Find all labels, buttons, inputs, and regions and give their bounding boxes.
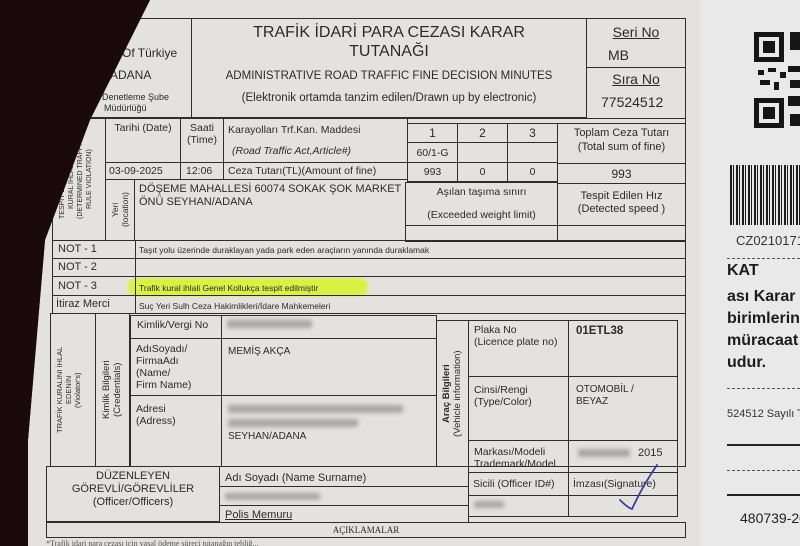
divider xyxy=(727,444,800,446)
amount-value: 993 xyxy=(407,166,458,178)
objection-text: Suç Yeri Sulh Ceza Hakimlikleri/İdare Ma… xyxy=(139,301,330,311)
total-label: Toplam Ceza Tutarı xyxy=(557,127,686,139)
type-value: OTOMOBİL /BEYAZ xyxy=(576,384,634,408)
amount-value: 0 xyxy=(457,166,508,178)
redacted-address xyxy=(228,405,403,413)
barcode xyxy=(730,165,800,225)
note-text: Trafik kural ihlali Genel Kollukça tespi… xyxy=(139,283,318,293)
receipt-line: birimlerin xyxy=(727,310,800,328)
date-value: 03-09-2025 xyxy=(109,165,163,177)
redacted-address xyxy=(228,419,358,427)
redacted-model xyxy=(578,449,630,457)
violator-side-label: TRAFİK KURALINI İHLALEDENİN(Violator's) xyxy=(55,318,82,462)
divider xyxy=(727,388,800,389)
note-label: NOT - 3 xyxy=(58,280,97,292)
location-value: DÖŞEME MAHALLESİ 60074 SOKAK ŞOK MARKET xyxy=(139,183,401,195)
name-label: AdıSoyadı/FirmaAdı(Name/Firm Name) xyxy=(136,343,191,391)
vehicle-side-label: Araç Bilgileri(Vehicle information) xyxy=(441,324,463,463)
officer-label: DÜZENLEYEN xyxy=(46,470,220,482)
signature-checkmark-icon xyxy=(612,462,662,512)
model-year: 2015 xyxy=(638,447,662,459)
redacted-officer-name xyxy=(225,493,320,500)
amount-value: 0 xyxy=(507,166,558,178)
model-label: Markası/ModeliTrademark/Model xyxy=(474,446,556,470)
weight-label-en: (Exceeded weight limit) xyxy=(405,209,558,221)
officer-id-label: Sicili (Officer ID#) xyxy=(473,478,554,490)
serial-value: MB xyxy=(608,47,629,63)
plate-label: Plaka No(Licence plate no) xyxy=(474,324,557,348)
explanations-label: AÇIKLAMALAR xyxy=(46,525,686,535)
redacted-officer-id xyxy=(474,501,504,508)
receipt-number: 480739-20 xyxy=(740,510,800,526)
id-label: Kimlik/Vergi No xyxy=(137,319,208,331)
location-value-2: ÖNÜ SEYHAN/ADANA xyxy=(139,196,253,208)
fine-label: Ceza Tutarı(TL)(Amount of fine) xyxy=(228,165,376,177)
type-label: Cinsi/Rengi(Type/Color) xyxy=(474,384,532,408)
qr-code-icon xyxy=(752,30,800,130)
time-label-en: (Time) xyxy=(180,134,224,146)
receipt-heading: KAT xyxy=(727,262,759,280)
receipt-line: udur. xyxy=(727,354,766,372)
weight-label: Aşılan taşıma sınırı xyxy=(405,186,558,198)
title-subtitle: (Elektronik ortamda tanzim edilen/Drawn … xyxy=(191,92,587,104)
serial-label: Seri No xyxy=(613,24,660,40)
title-tr-2: TUTANAĞI xyxy=(191,43,587,61)
title-en: ADMINISTRATIVE ROAD TRAFFIC FINE DECISIO… xyxy=(191,70,587,82)
agency-dept: Denetleme Şube xyxy=(102,92,169,102)
note-row xyxy=(52,258,686,277)
receipt-ref: 524512 Sayılı Tra xyxy=(727,408,800,420)
total-value: 993 xyxy=(557,167,686,181)
name-value: MEMİŞ AKÇA xyxy=(228,346,290,357)
location-label: Yeri(location) xyxy=(110,183,130,237)
plate-value: 01ETL38 xyxy=(576,325,623,337)
col-header: 2 xyxy=(457,126,508,140)
article-cell xyxy=(507,142,558,163)
col-header: 3 xyxy=(507,126,558,140)
address-label: Adresi(Adress) xyxy=(136,403,176,427)
speed-label: Tespit Edilen Hız xyxy=(557,190,686,202)
agency-dept-2: Müdürlüğü xyxy=(104,103,147,113)
article-cell xyxy=(457,142,508,163)
agency-city: ADANA xyxy=(110,68,151,82)
address-city: SEYHAN/ADANA xyxy=(228,431,306,442)
title-tr: TRAFİK İDARİ PARA CEZASI KARAR xyxy=(191,24,587,42)
divider xyxy=(727,470,800,471)
officer-label-2: GÖREVLİ/GÖREVLİLER xyxy=(46,483,220,495)
officer-title: Polis Memuru xyxy=(225,509,292,521)
col-header: 1 xyxy=(407,126,458,140)
article-value: 60/1-G xyxy=(407,147,458,159)
barcode-text: CZ0210171 xyxy=(736,233,800,248)
speed-label-en: (Detected speed ) xyxy=(557,203,686,215)
objection-label: İtiraz Merci xyxy=(56,298,110,310)
receipt-line: ası Karar T xyxy=(727,288,800,306)
divider xyxy=(727,494,800,496)
officer-name-label: Adı Soyadı (Name Surname) xyxy=(225,472,366,484)
note-label: NOT - 1 xyxy=(58,243,97,255)
receipt-stub: CZ0210171 KAT ası Karar T birimlerin mür… xyxy=(700,0,800,546)
sequence-label: Sıra No xyxy=(612,71,659,87)
time-label: Saati xyxy=(180,122,224,134)
time-value: 12:06 xyxy=(186,165,212,177)
note-text: Taşıt yolu üzerinde duraklayan yada park… xyxy=(139,245,429,255)
article-label: Karayolları Trf.Kan. Maddesi xyxy=(228,124,360,136)
divider xyxy=(727,258,800,259)
date-label: Tarihi (Date) xyxy=(105,122,181,134)
total-label-en: (Total sum of fine) xyxy=(557,141,686,153)
footnote: *Trafik idari para cezası için yasal öde… xyxy=(46,539,259,546)
receipt-line: müracaat e xyxy=(727,332,800,350)
redacted-id xyxy=(227,320,312,328)
note-label: NOT - 2 xyxy=(58,261,97,273)
officer-label-3: (Officer/Officers) xyxy=(46,496,220,508)
article-label-en: (Road Traffic Act,Article#) xyxy=(232,145,351,157)
agency-country: Of Türkiye xyxy=(122,46,177,60)
sequence-value: 77524512 xyxy=(601,94,663,110)
credentials-label: Kimlik Bilgileri(Credentials) xyxy=(101,318,123,462)
